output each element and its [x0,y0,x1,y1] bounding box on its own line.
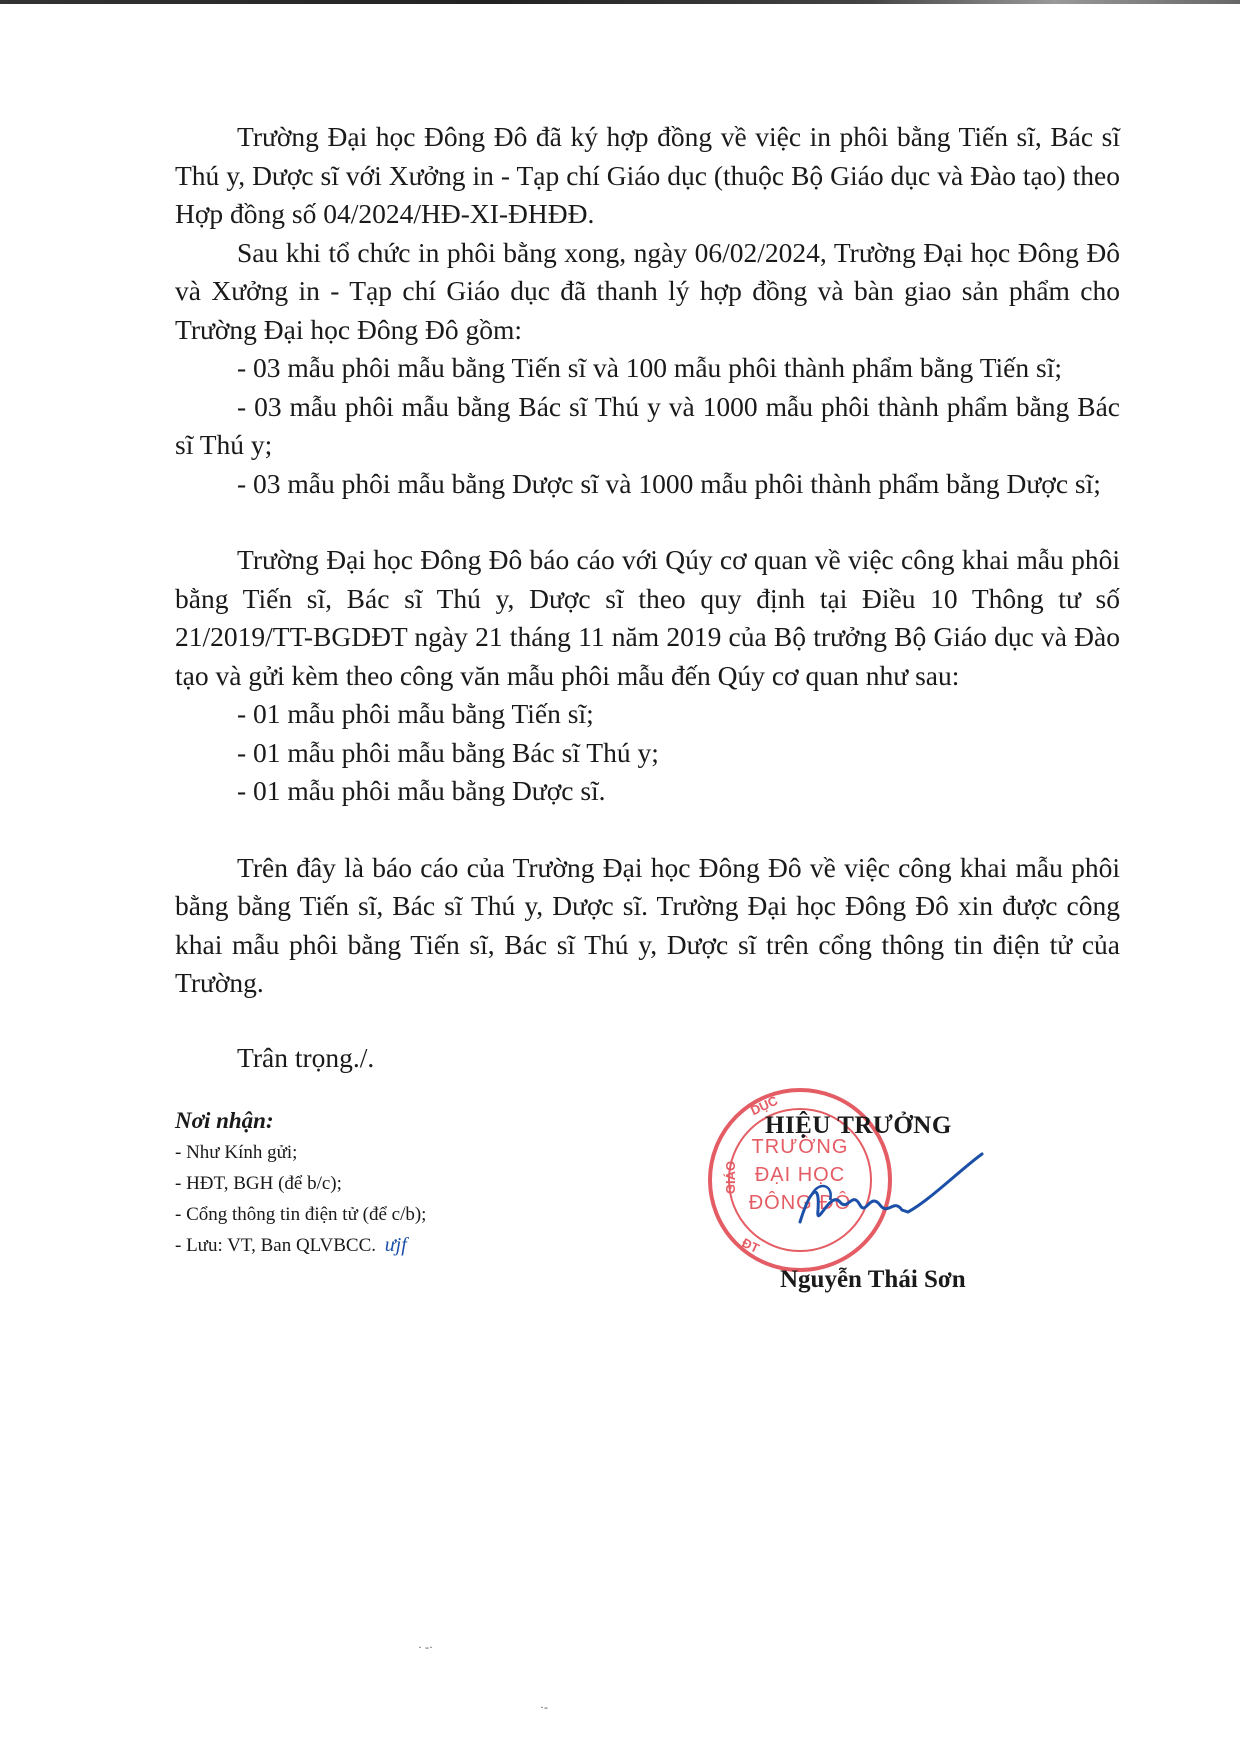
scan-speck: ·- [540,1700,548,1715]
signature-block: TRƯỜNG ĐẠI HỌC ĐÔNG ĐÔ GIÁO DỤC ĐT HIỆU … [690,1090,1010,1310]
delivered-item: - 03 mẫu phôi mẫu bằng Dược sĩ và 1000 m… [175,465,1120,504]
recipient-item: - Cổng thông tin điện tử (để c/b); [175,1199,575,1230]
scan-edge [0,0,1240,4]
paragraph-handover: Sau khi tổ chức in phôi bằng xong, ngày … [175,234,1120,350]
scan-speck: · -· [418,1640,433,1655]
sent-item: - 01 mẫu phôi mẫu bằng Tiến sĩ; [175,695,1120,734]
stamp-ring-text: GIÁO [723,1161,738,1194]
document-body: Trường Đại học Đông Đô đã ký hợp đồng về… [175,118,1120,1105]
handwritten-initials: ưjf [385,1234,407,1256]
sent-item: - 01 mẫu phôi mẫu bằng Bác sĩ Thú y; [175,734,1120,773]
delivered-item: - 03 mẫu phôi mẫu bằng Tiến sĩ và 100 mẫ… [175,349,1120,388]
paragraph-report: Trường Đại học Đông Đô báo cáo với Qúy c… [175,541,1120,695]
closing-line: Trân trọng./. [175,1039,1120,1078]
recipient-item-text: - Lưu: VT, Ban QLVBCC. [175,1235,376,1256]
paragraph-contract: Trường Đại học Đông Đô đã ký hợp đồng về… [175,118,1120,234]
signer-title: HIỆU TRƯỞNG [765,1112,952,1140]
recipient-item: - Lưu: VT, Ban QLVBCC. ưjf [175,1230,575,1261]
recipient-item: - HĐT, BGH (để b/c); [175,1168,575,1199]
recipients-title: Nơi nhận: [175,1105,575,1137]
delivered-item: - 03 mẫu phôi mẫu bằng Bác sĩ Thú y và 1… [175,388,1120,465]
handwritten-signature-icon [790,1150,990,1250]
paragraph-conclusion: Trên đây là báo cáo của Trường Đại học Đ… [175,849,1120,1003]
recipient-item: - Như Kính gửi; [175,1137,575,1168]
sent-item: - 01 mẫu phôi mẫu bằng Dược sĩ. [175,772,1120,811]
signer-name: Nguyễn Thái Sơn [780,1266,966,1294]
recipients-block: Nơi nhận: - Như Kính gửi; - HĐT, BGH (để… [175,1105,575,1261]
